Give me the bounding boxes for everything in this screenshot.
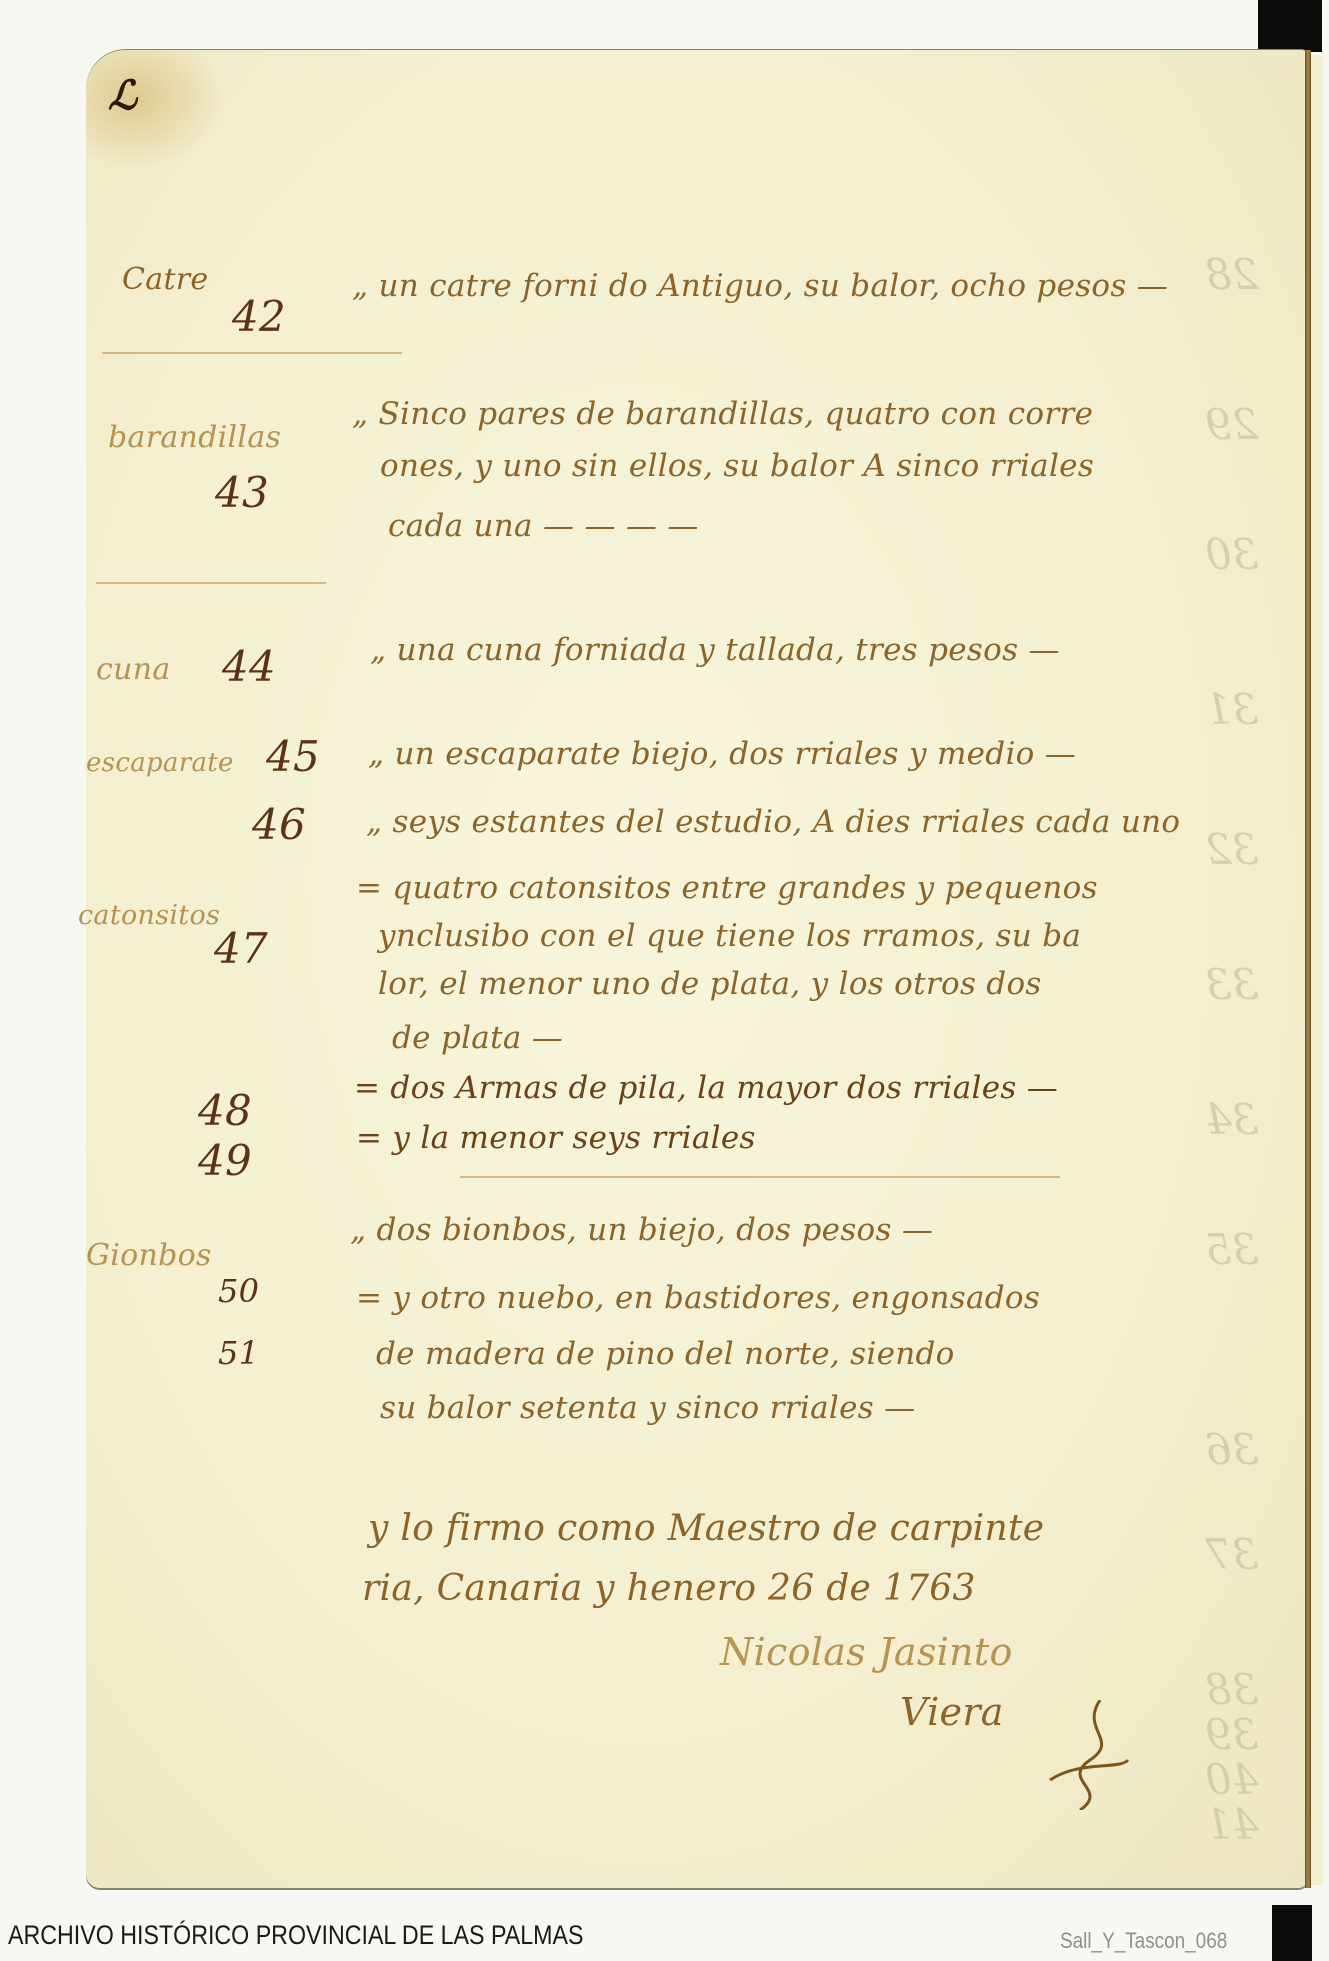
item-number: 45	[266, 732, 320, 781]
margin-label: cuna	[96, 652, 171, 687]
entry-line: „ Sinco pares de barandillas, quatro con…	[352, 396, 1093, 432]
item-number: 50	[218, 1272, 259, 1310]
item-number: 49	[198, 1136, 252, 1185]
archive-caption: ARCHIVO HISTÓRICO PROVINCIAL DE LAS PALM…	[8, 1920, 583, 1951]
margin-label: escaparate	[86, 748, 234, 778]
item-number: 46	[252, 800, 306, 849]
item-number: 42	[232, 292, 286, 341]
item-number: 44	[222, 642, 276, 691]
entry-line: = dos Armas de pila, la mayor dos rriale…	[354, 1070, 1058, 1106]
binding-strip-bottom	[1272, 1905, 1312, 1961]
binding-strip-top	[1258, 0, 1322, 52]
entry-line: „ una cuna forniada y tallada, tres peso…	[370, 632, 1060, 668]
margin-label: Gionbos	[86, 1238, 212, 1273]
entry-line: = y la menor seys rriales	[356, 1120, 756, 1156]
signature-name: Nicolas Jasinto	[720, 1630, 1013, 1674]
signature-surname: Viera	[900, 1690, 1004, 1734]
entry-line: „ dos bionbos, un biejo, dos pesos —	[350, 1212, 933, 1248]
item-number: 51	[218, 1334, 259, 1372]
margin-label: barandillas	[108, 420, 281, 455]
entry-line: de plata —	[392, 1020, 563, 1056]
entry-line: ones, y uno sin ellos, su balor A sinco …	[380, 448, 1094, 484]
separator-rule	[460, 1176, 1060, 1178]
folio-mark: ℒ	[108, 72, 137, 119]
facing-page-edge	[1311, 55, 1323, 1885]
closing-line: y lo firmo como Maestro de carpinte	[368, 1508, 1044, 1549]
entry-line: de madera de pino del norte, siendo	[376, 1336, 955, 1372]
item-number: 43	[215, 468, 269, 517]
margin-label: Catre	[122, 262, 209, 297]
entry-line: ynclusibo con el que tiene los rramos, s…	[378, 918, 1081, 954]
entry-line: „ un catre forni do Antiguo, su balor, o…	[352, 268, 1168, 304]
separator-rule	[96, 582, 326, 584]
signature-flourish-icon	[1040, 1700, 1130, 1810]
entry-line: = y otro nuebo, en bastidores, engonsado…	[356, 1280, 1040, 1316]
item-number: 47	[214, 924, 268, 973]
entry-line: lor, el menor uno de plata, y los otros …	[378, 966, 1042, 1002]
item-number: 48	[198, 1086, 252, 1135]
file-id-caption: Sall_Y_Tascon_068	[1060, 1928, 1227, 1954]
entry-line: = quatro catonsitos entre grandes y pequ…	[356, 870, 1098, 906]
entry-line: cada una — — — —	[388, 508, 699, 544]
entry-line: „ seys estantes del estudio, A dies rria…	[366, 804, 1180, 840]
entry-line: „ un escaparate biejo, dos rriales y med…	[368, 736, 1076, 772]
margin-label: catonsitos	[78, 900, 220, 931]
closing-line: ria, Canaria y henero 26 de 1763	[362, 1568, 976, 1609]
entry-line: su balor setenta y sinco rriales —	[380, 1390, 915, 1426]
separator-rule	[102, 352, 402, 354]
